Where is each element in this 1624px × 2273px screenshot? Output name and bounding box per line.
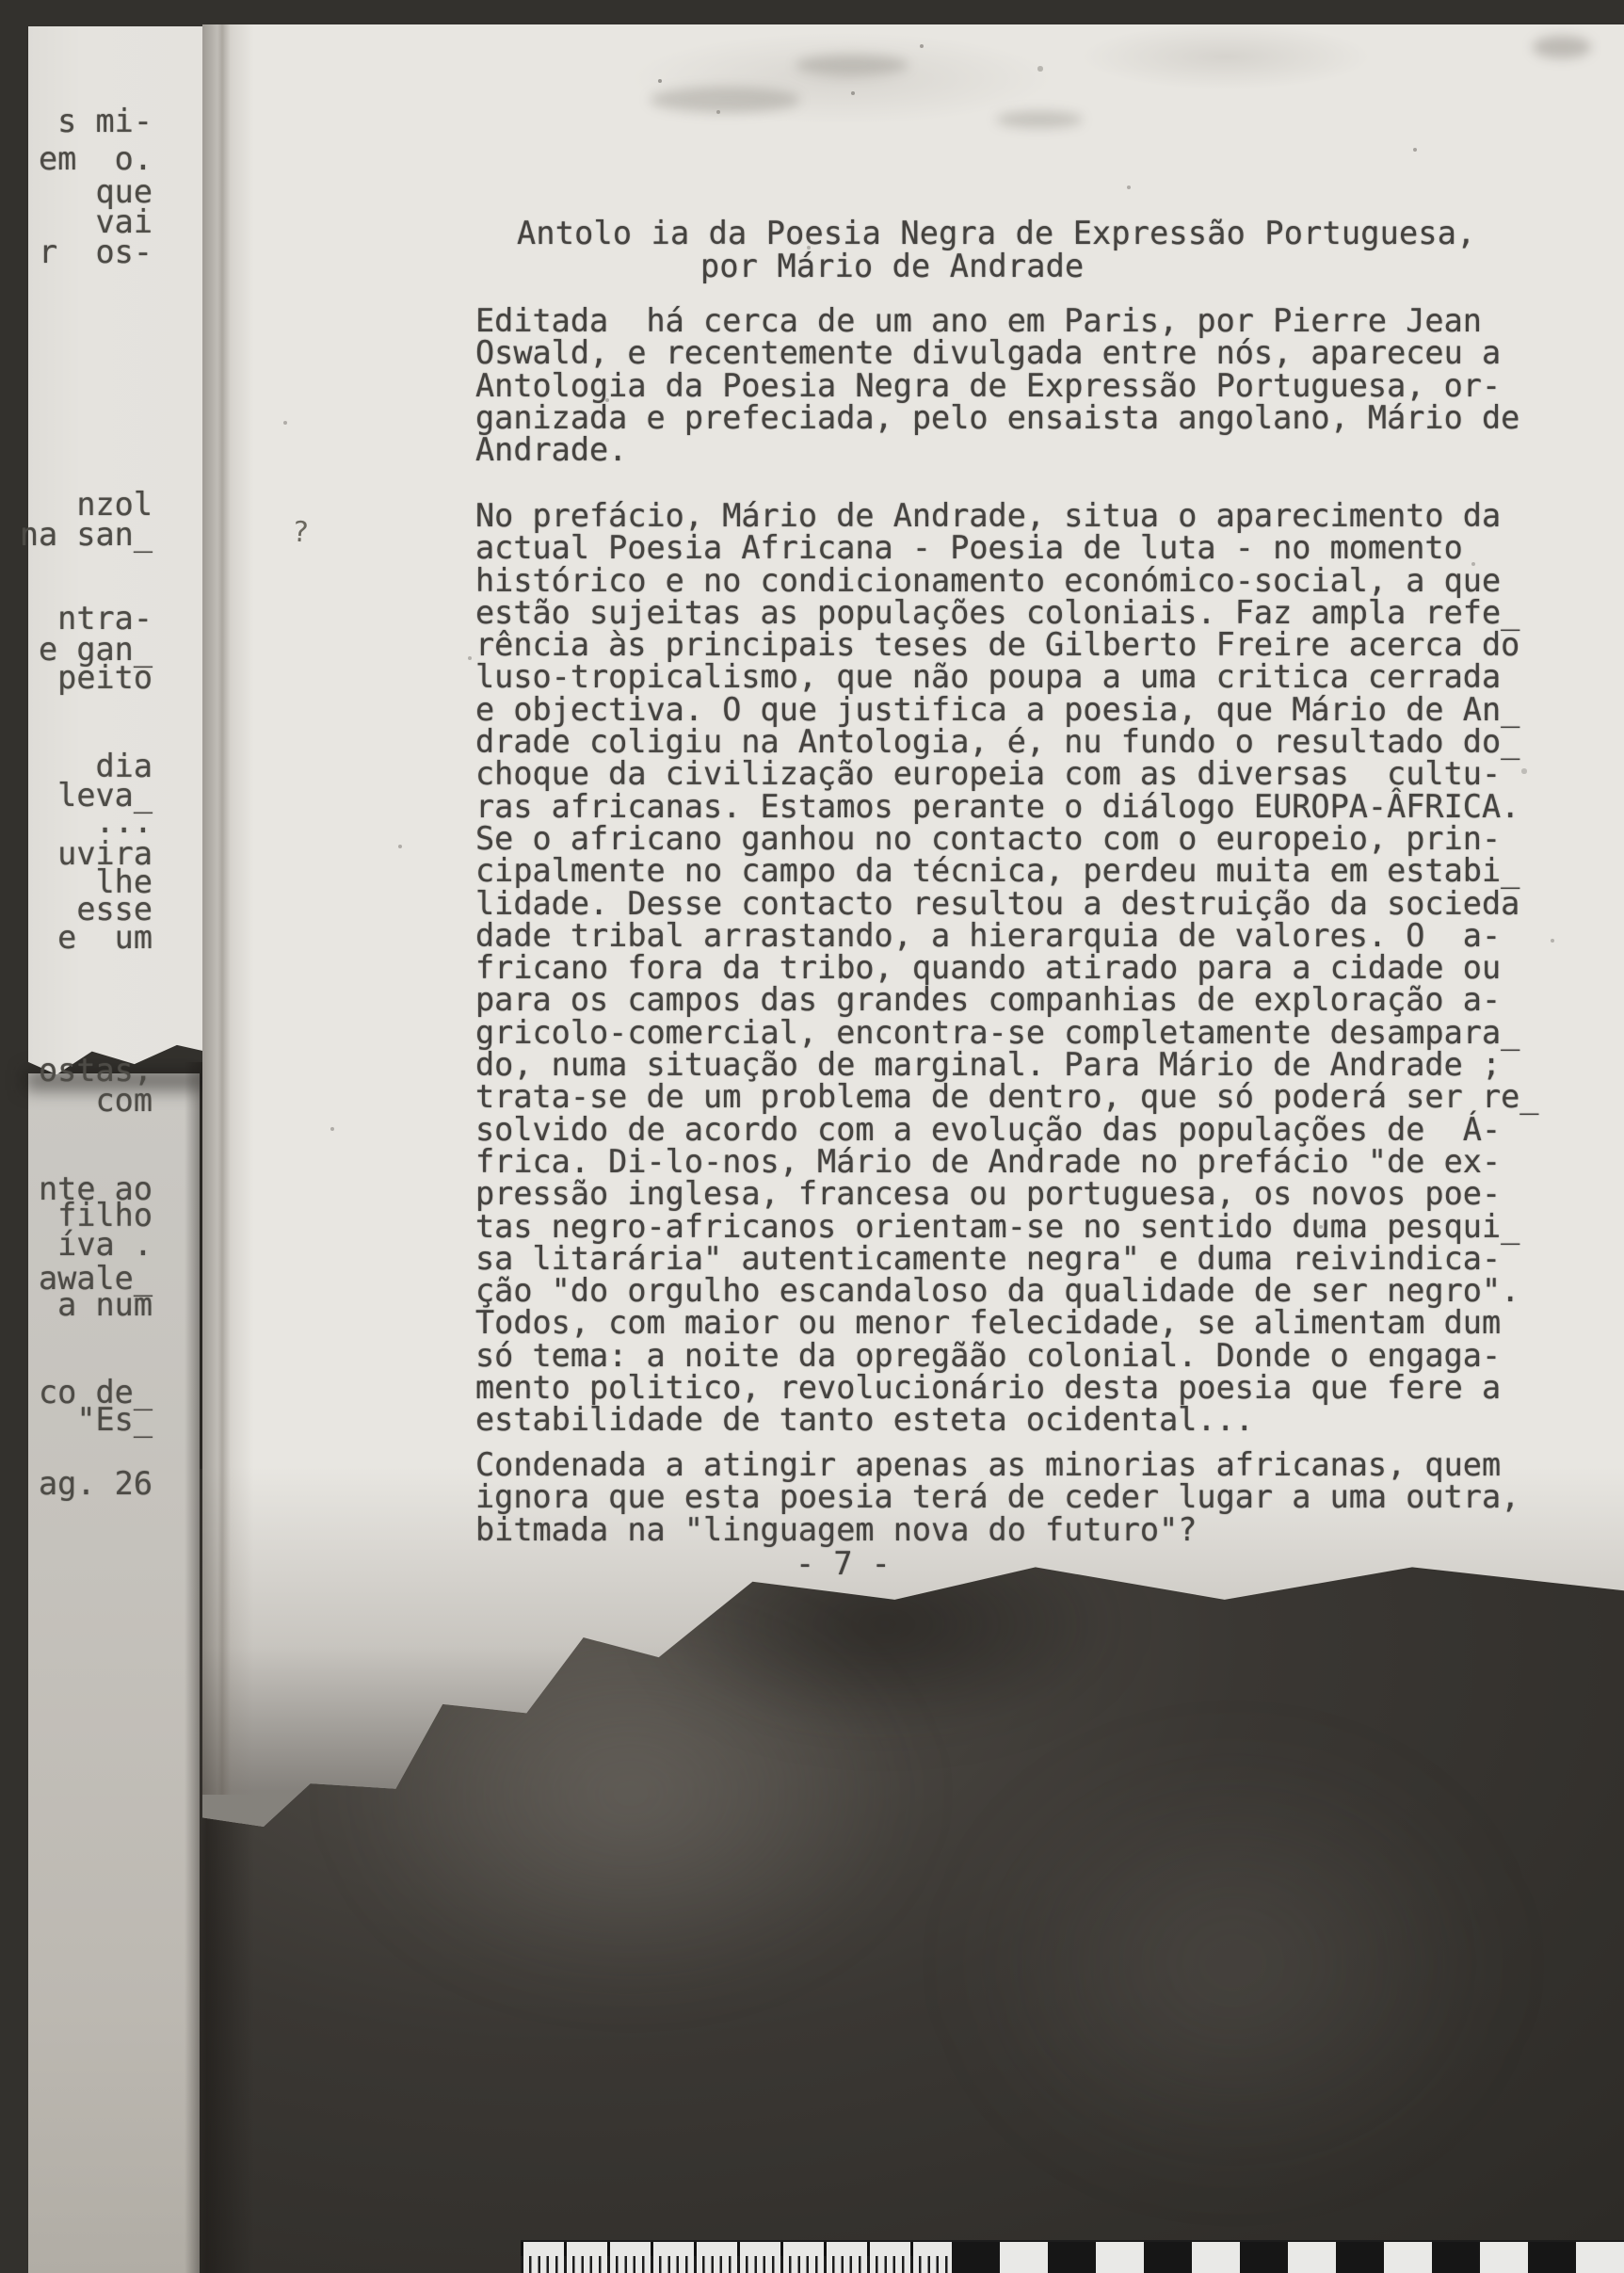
stain-mark (796, 55, 908, 75)
stain-mark (996, 111, 1083, 128)
left-page-text-fragment: "Es̲ (76, 1404, 153, 1436)
scale-fine-ticks (521, 2242, 952, 2273)
left-page-text-fragment: e um (57, 922, 153, 954)
page-number: - 7 - (796, 1548, 891, 1580)
measurement-scale (521, 2240, 1624, 2273)
shadow-blob (960, 1742, 1506, 2184)
left-page-text-fragment: a num (57, 1289, 153, 1321)
left-page-text-fragment: na san̲ (20, 519, 153, 551)
paragraph-2: No prefácio, Mário de Andrade, situa o a… (475, 500, 1538, 1437)
left-page-text-fragment: em o. (39, 143, 153, 175)
left-page-text-fragment: peito (57, 662, 153, 694)
left-page-text-fragment: ... (95, 806, 153, 838)
left-page-text-fragment: r os- (39, 236, 153, 268)
left-page-text-fragment: ag. 26 (39, 1468, 153, 1500)
paragraph-3: Condenada a atingir apenas as minorias a… (475, 1449, 1519, 1546)
stain-mark (650, 87, 800, 113)
archival-scan-photo: s mi- em o. que vai r os- nzol na san̲ n… (0, 0, 1624, 2273)
scale-checker-blocks (952, 2242, 1624, 2273)
handwritten-question-mark: ? (291, 515, 310, 549)
paper-speckles (0, 0, 2, 2)
paragraph-1: Editada há cerca de um ano em Paris, por… (475, 305, 1519, 466)
document-title-line-2: por Mário de Andrade (700, 250, 1084, 282)
left-page-text-fragment: íva . (57, 1229, 153, 1261)
left-page-text-fragment: s mi- (57, 105, 153, 137)
left-page-text-fragment: com (95, 1085, 153, 1117)
left-page-text-fragment: ntra- (57, 603, 153, 635)
left-page-text-column: s mi- em o. que vai r os- nzol na san̲ n… (28, 0, 154, 1563)
stain-mark (1533, 36, 1591, 58)
document-title-line-1: Antolo ia da Poesia Negra de Expressão P… (517, 218, 1475, 250)
page-fold-shadow (202, 24, 263, 1795)
